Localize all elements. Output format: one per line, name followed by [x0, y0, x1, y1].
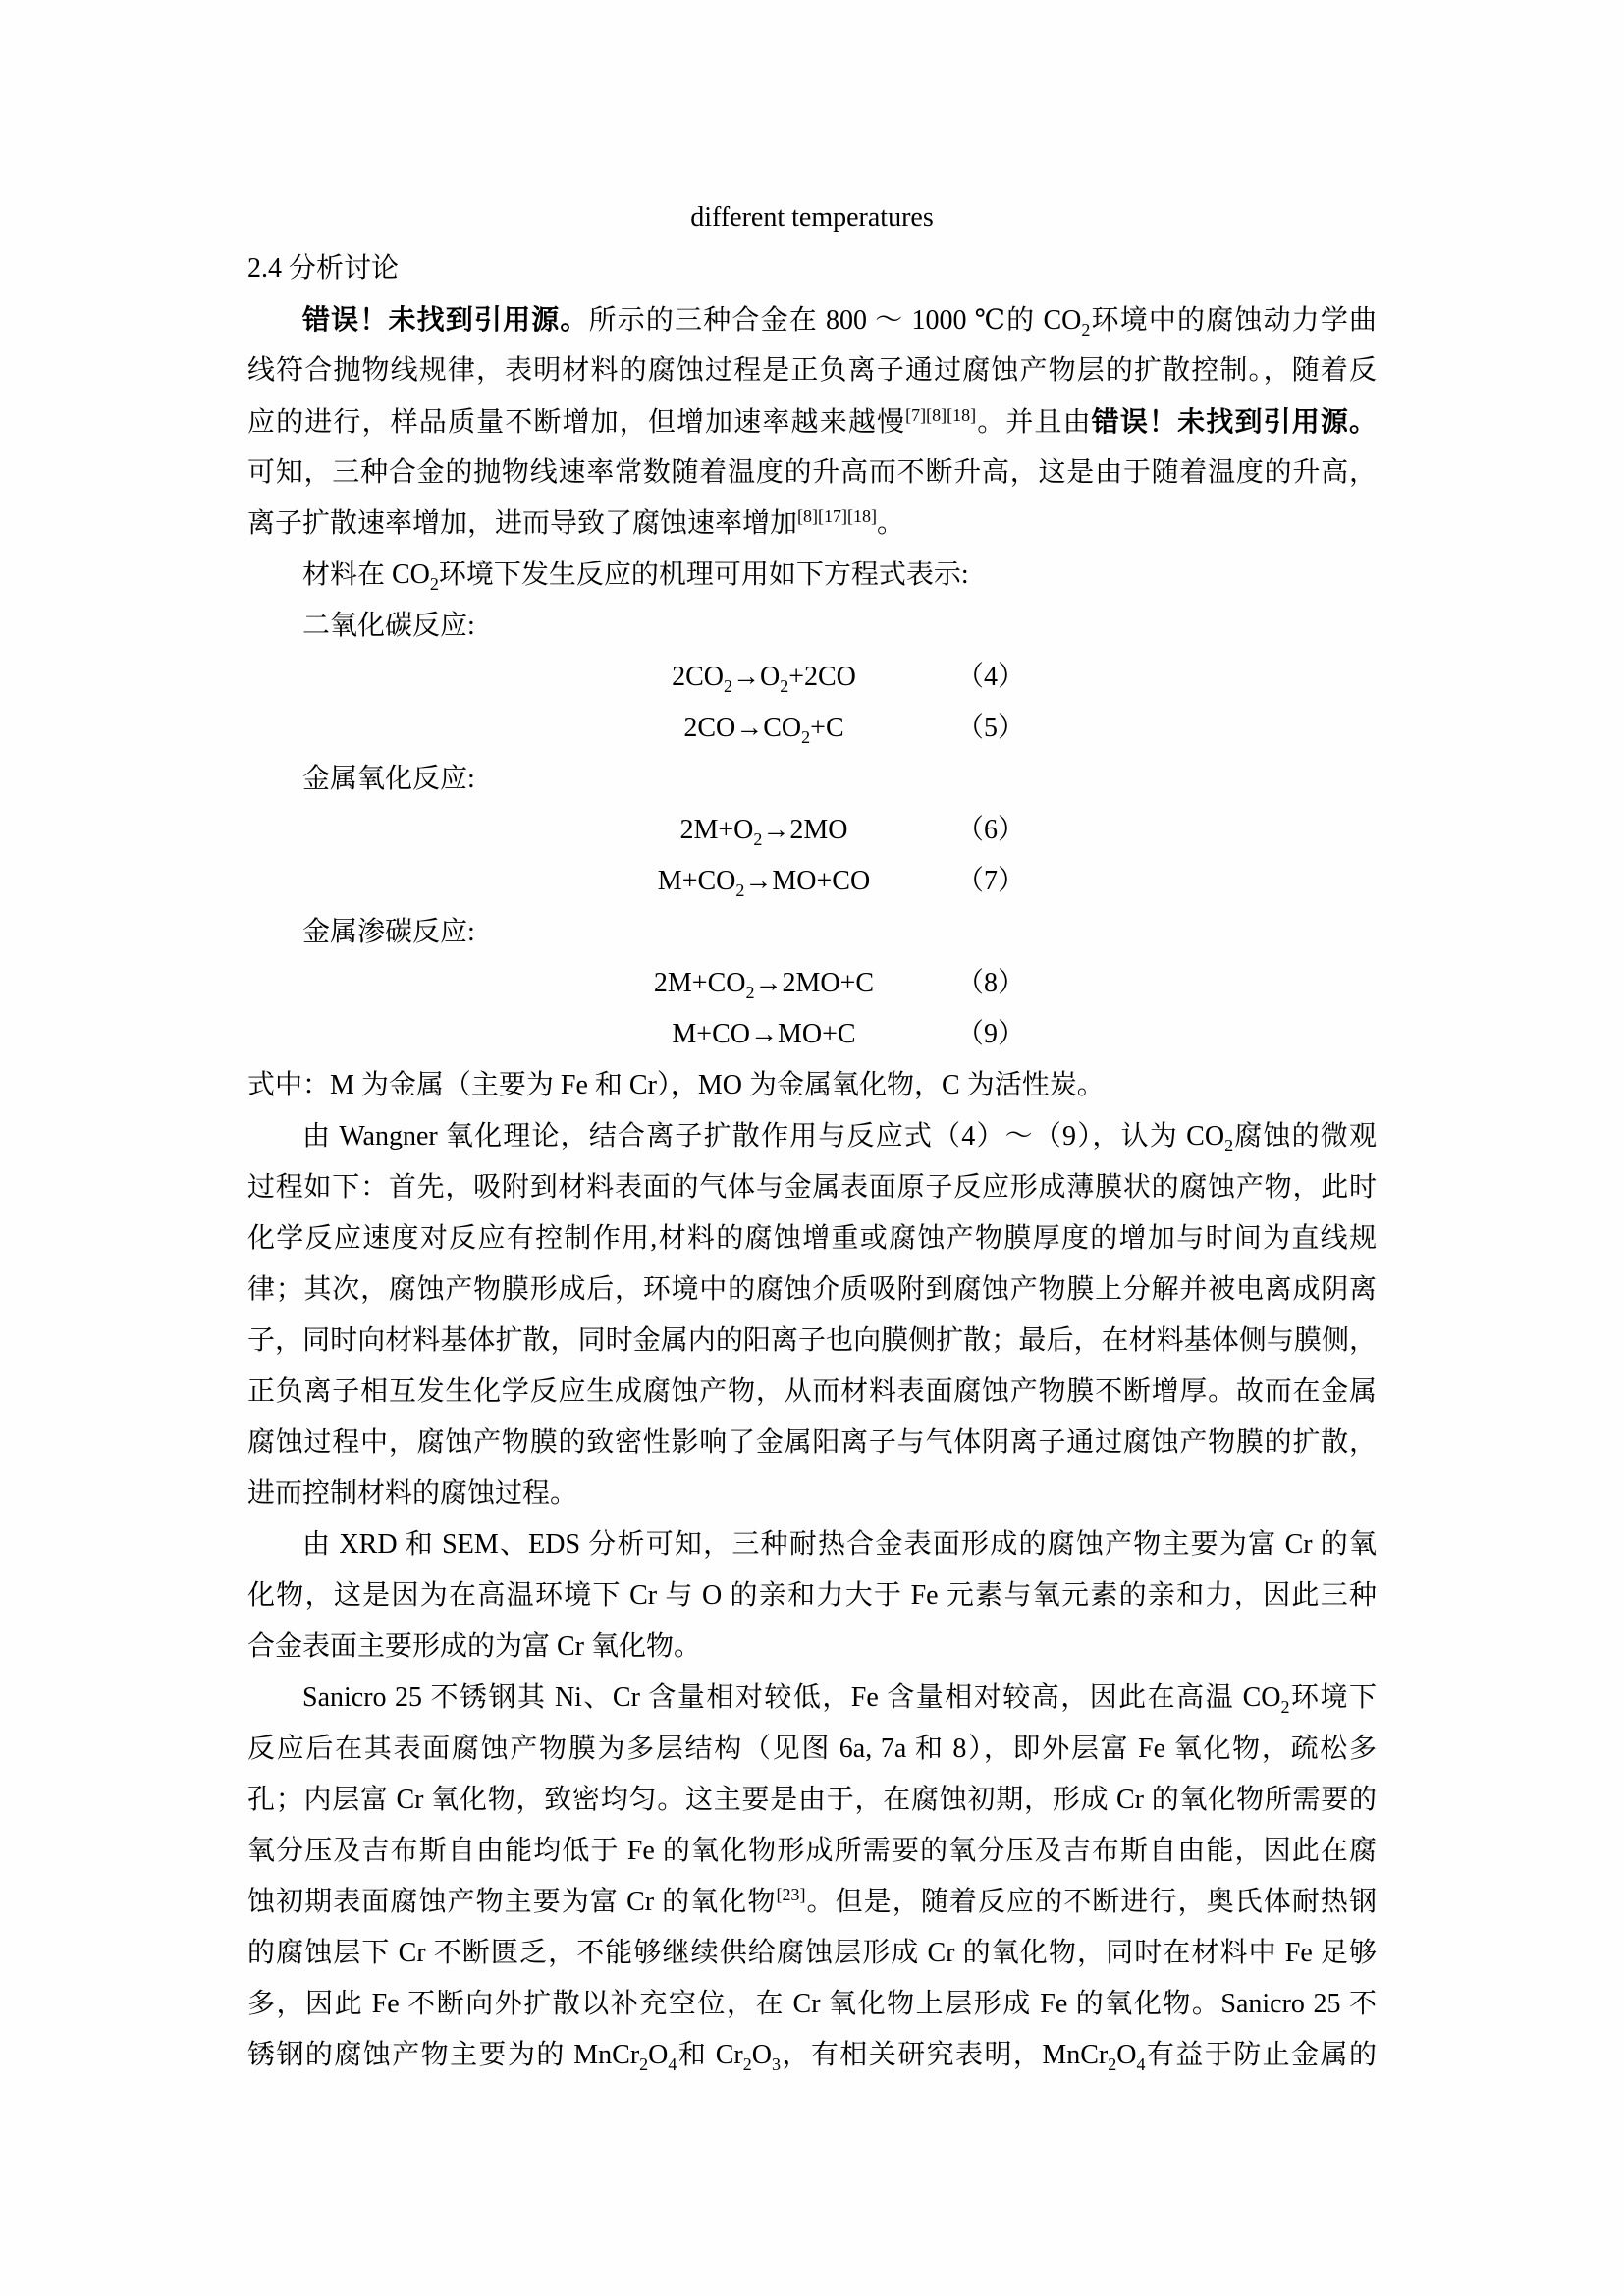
- chemical-subscript: 2: [1108, 2055, 1116, 2074]
- text-line: 过程如下：首先，吸附到材料表面的气体与金属表面原子反应形成薄膜状的腐蚀产物，此时: [247, 1162, 1377, 1213]
- equation-body: M+CO2→MO+CO: [247, 856, 1280, 907]
- text-line: 蚀初期表面腐蚀产物主要为富 Cr 的氧化物[23]。但是，随着反应的不断进行，奥…: [247, 1877, 1377, 1928]
- citation-superscript: [7][8][18]: [905, 405, 976, 425]
- paragraph-mechanism-intro: 材料在 CO2环境下发生反应的机理可用如下方程式表示:: [247, 550, 1377, 601]
- paragraph-sanicro25: Sanicro 25 不锈钢其 Ni、Cr 含量相对较低，Fe 含量相对较高，因…: [247, 1673, 1377, 2081]
- reaction-type-label-oxidation: 金属氧化反应:: [247, 754, 1377, 805]
- paragraph-xrd-sem-eds: 由 XRD 和 SEM、EDS 分析可知，三种耐热合金表面形成的腐蚀产物主要为富…: [247, 1520, 1377, 1673]
- reaction-type-label-carburization: 金属渗碳反应:: [247, 907, 1377, 958]
- section-heading: 2.4 分析讨论: [247, 243, 1377, 294]
- equation-body: 2CO→CO2+C: [247, 703, 1280, 754]
- chemical-subscript: 2: [743, 2055, 752, 2074]
- chemical-subscript: 2: [735, 881, 744, 900]
- equation-5: 2CO→CO2+C（5）: [247, 703, 1377, 754]
- chemical-subscript: 4: [668, 2055, 677, 2074]
- equation-number: （5）: [956, 703, 1025, 754]
- equation-number: （7）: [956, 856, 1025, 907]
- text-line: 可知，三种合金的抛物线速率常数随着温度的升高而不断升高，这是由于随着温度的升高，: [247, 448, 1377, 499]
- chemical-subscript: 2: [1224, 1136, 1233, 1155]
- paragraph-wagner-theory: 由 Wangner 氧化理论，结合离子扩散作用与反应式（4）～（9），认为 CO…: [247, 1111, 1377, 1520]
- equation-body: M+CO→MO+C: [247, 1009, 1280, 1060]
- equation-body: 2M+CO2→2MO+C: [247, 958, 1280, 1009]
- citation-superscript: [23]: [776, 1885, 805, 1904]
- doc-content: different temperatures2.4 分析讨论错误！未找到引用源。…: [247, 192, 1377, 2081]
- text-line: 合金表面主要形成的为富 Cr 氧化物。: [247, 1622, 1377, 1673]
- text-line: 由 XRD 和 SEM、EDS 分析可知，三种耐热合金表面形成的腐蚀产物主要为富…: [247, 1520, 1377, 1571]
- equation-8: 2M+CO2→2MO+C（8）: [247, 958, 1377, 1009]
- chemical-subscript: 2: [724, 676, 732, 696]
- text-line: 的腐蚀层下 Cr 不断匮乏，不能够继续供给腐蚀层形成 Cr 的氧化物，同时在材料…: [247, 1928, 1377, 1979]
- equation-number: （6）: [956, 805, 1025, 856]
- chemical-subscript: 2: [1081, 320, 1090, 340]
- text-line: 离子扩散速率增加，进而导致了腐蚀速率增加[8][17][18]。: [247, 499, 1377, 550]
- paragraph-corrosion-kinetics: 错误！未找到引用源。所示的三种合金在 800 ～ 1000 ℃的 CO2环境中的…: [247, 294, 1377, 550]
- equation-4: 2CO2→O2+2CO（4）: [247, 652, 1377, 703]
- chemical-subscript: 3: [772, 2055, 781, 2074]
- text-line: 化学反应速度对反应有控制作用,材料的腐蚀增重或腐蚀产物膜厚度的增加与时间为直线规: [247, 1213, 1377, 1264]
- equation-6: 2M+O2→2MO（6）: [247, 805, 1377, 856]
- chemical-subscript: 2: [1281, 1697, 1290, 1717]
- chemical-subscript: 4: [1136, 2055, 1145, 2074]
- equation-body: 2M+O2→2MO: [247, 805, 1280, 856]
- chemical-subscript: 2: [753, 829, 762, 849]
- citation-superscript: [8][17][18]: [797, 507, 877, 526]
- text-line: 线符合抛物线规律，表明材料的腐蚀过程是正负离子通过腐蚀产物层的扩散控制。，随着反: [247, 346, 1377, 397]
- figure-caption-continuation: different temperatures: [247, 192, 1377, 243]
- chemical-subscript: 2: [639, 2055, 648, 2074]
- equation-9: M+CO→MO+C（9）: [247, 1009, 1377, 1060]
- equation-number: （4）: [956, 652, 1025, 703]
- equation-number: （9）: [956, 1009, 1025, 1060]
- equation-number: （8）: [956, 958, 1025, 1009]
- text-line: Sanicro 25 不锈钢其 Ni、Cr 含量相对较低，Fe 含量相对较高，因…: [247, 1673, 1377, 1724]
- text-line: 由 Wangner 氧化理论，结合离子扩散作用与反应式（4）～（9），认为 CO…: [247, 1111, 1377, 1162]
- chemical-subscript: 2: [746, 983, 755, 1002]
- paragraph-notation: 式中：M 为金属（主要为 Fe 和 Cr），MO 为金属氧化物，C 为活性炭。: [247, 1060, 1377, 1111]
- text-line: 应的进行，样品质量不断增加，但增加速率越来越慢[7][8][18]。并且由错误！…: [247, 397, 1377, 448]
- equation-7: M+CO2→MO+CO（7）: [247, 856, 1377, 907]
- text-line: 式中：M 为金属（主要为 Fe 和 Cr），MO 为金属氧化物，C 为活性炭。: [247, 1060, 1377, 1111]
- text-line: 氧分压及吉布斯自由能均低于 Fe 的氧化物形成所需要的氧分压及吉布斯自由能，因此…: [247, 1826, 1377, 1877]
- text-line: 化物，这是因为在高温环境下 Cr 与 O 的亲和力大于 Fe 元素与氧元素的亲和…: [247, 1571, 1377, 1622]
- text-line: 反应后在其表面腐蚀产物膜为多层结构（见图 6a, 7a 和 8），即外层富 Fe…: [247, 1724, 1377, 1775]
- text-line: 律；其次，腐蚀产物膜形成后，环境中的腐蚀介质吸附到腐蚀产物膜上分解并被电离成阴离: [247, 1264, 1377, 1315]
- error-reference-bold-text: 错误！未找到引用源。: [302, 304, 589, 335]
- text-line: 错误！未找到引用源。所示的三种合金在 800 ～ 1000 ℃的 CO2环境中的…: [247, 294, 1377, 346]
- reaction-type-label-co2: 二氧化碳反应:: [247, 601, 1377, 652]
- text-line: 孔；内层富 Cr 氧化物，致密均匀。这主要是由于，在腐蚀初期，形成 Cr 的氧化…: [247, 1775, 1377, 1826]
- document-page: different temperatures2.4 分析讨论错误！未找到引用源。…: [0, 0, 1624, 2296]
- equation-body: 2CO2→O2+2CO: [247, 652, 1280, 703]
- text-line: 多，因此 Fe 不断向外扩散以补充空位，在 Cr 氧化物上层形成 Fe 的氧化物…: [247, 1979, 1377, 2030]
- chemical-subscript: 2: [430, 574, 439, 594]
- text-line: 材料在 CO2环境下发生反应的机理可用如下方程式表示:: [247, 550, 1377, 601]
- text-line: 正负离子相互发生化学反应生成腐蚀产物，从而材料表面腐蚀产物膜不断增厚。故而在金属: [247, 1366, 1377, 1417]
- text-line: 锈钢的腐蚀产物主要为的 MnCr2O4和 Cr2O3，有相关研究表明，MnCr2…: [247, 2030, 1377, 2081]
- error-reference-bold-text: 错误！未找到引用源。: [1092, 406, 1377, 437]
- chemical-subscript: 2: [780, 676, 788, 696]
- text-line: 子，同时向材料基体扩散，同时金属内的阳离子也向膜侧扩散；最后，在材料基体侧与膜侧…: [247, 1315, 1377, 1366]
- text-line: 进而控制材料的腐蚀过程。: [247, 1468, 1377, 1520]
- text-line: 腐蚀过程中，腐蚀产物膜的致密性影响了金属阳离子与气体阴离子通过腐蚀产物膜的扩散，: [247, 1417, 1377, 1468]
- chemical-subscript: 2: [801, 727, 810, 747]
